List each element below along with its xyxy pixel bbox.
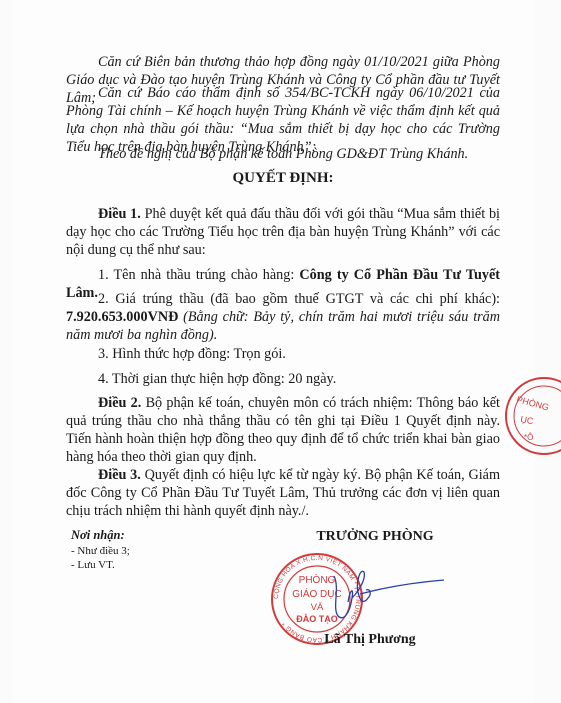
article-1-item-2: 2. Giá trúng thầu (đã bao gồm thuế GTGT … [66, 290, 500, 344]
article-3-label: Điều 3. [98, 467, 141, 483]
item-1-label: 1. Tên nhà thầu trúng chào hàng: [98, 267, 299, 283]
decision-title: QUYẾT ĐỊNH: [66, 170, 500, 187]
recipient-item: - Như điều 3; [71, 545, 130, 557]
contract-amount: 7.920.653.000VNĐ [66, 309, 178, 325]
article-2: Điều 2. Bộ phận kế toán, chuyên môn có t… [66, 394, 500, 466]
stamp-line-3: VÀ [311, 602, 324, 613]
article-2-label: Điều 2. [98, 395, 141, 411]
article-1: Điều 1. Phê duyệt kết quả đấu thầu đối v… [66, 205, 500, 259]
recipient-item: - Lưu VT. [71, 559, 115, 571]
article-3: Điều 3. Quyết định có hiệu lực kể từ ngà… [66, 466, 500, 520]
svg-text:*Ô: *Ô [524, 433, 533, 442]
article-1-label: Điều 1. [98, 206, 141, 222]
article-1-item-3: 3. Hình thức hợp đồng: Trọn gói. [66, 345, 500, 363]
article-1-item-4: 4. Thời gian thực hiện hợp đồng: 20 ngày… [66, 370, 500, 388]
stamp-partial-icon: PHÒNG ỤC *Ô [500, 372, 561, 464]
item-2-label: 2. Giá trúng thầu (đã bao gồm thuế GTGT … [98, 291, 500, 307]
svg-text:ỤC: ỤC [520, 414, 535, 426]
preamble-paragraph-3: Theo đề nghị của Bộ phận kế toán Phòng G… [66, 145, 500, 163]
recipients-title: Nơi nhận: [71, 528, 125, 543]
signature-scribble-icon [330, 568, 450, 628]
signer-name: Lã Thị Phương [300, 632, 440, 648]
signature-title: TRƯỞNG PHÒNG [305, 529, 445, 545]
stamp-partial-text-1: PHÒNG [515, 394, 549, 412]
